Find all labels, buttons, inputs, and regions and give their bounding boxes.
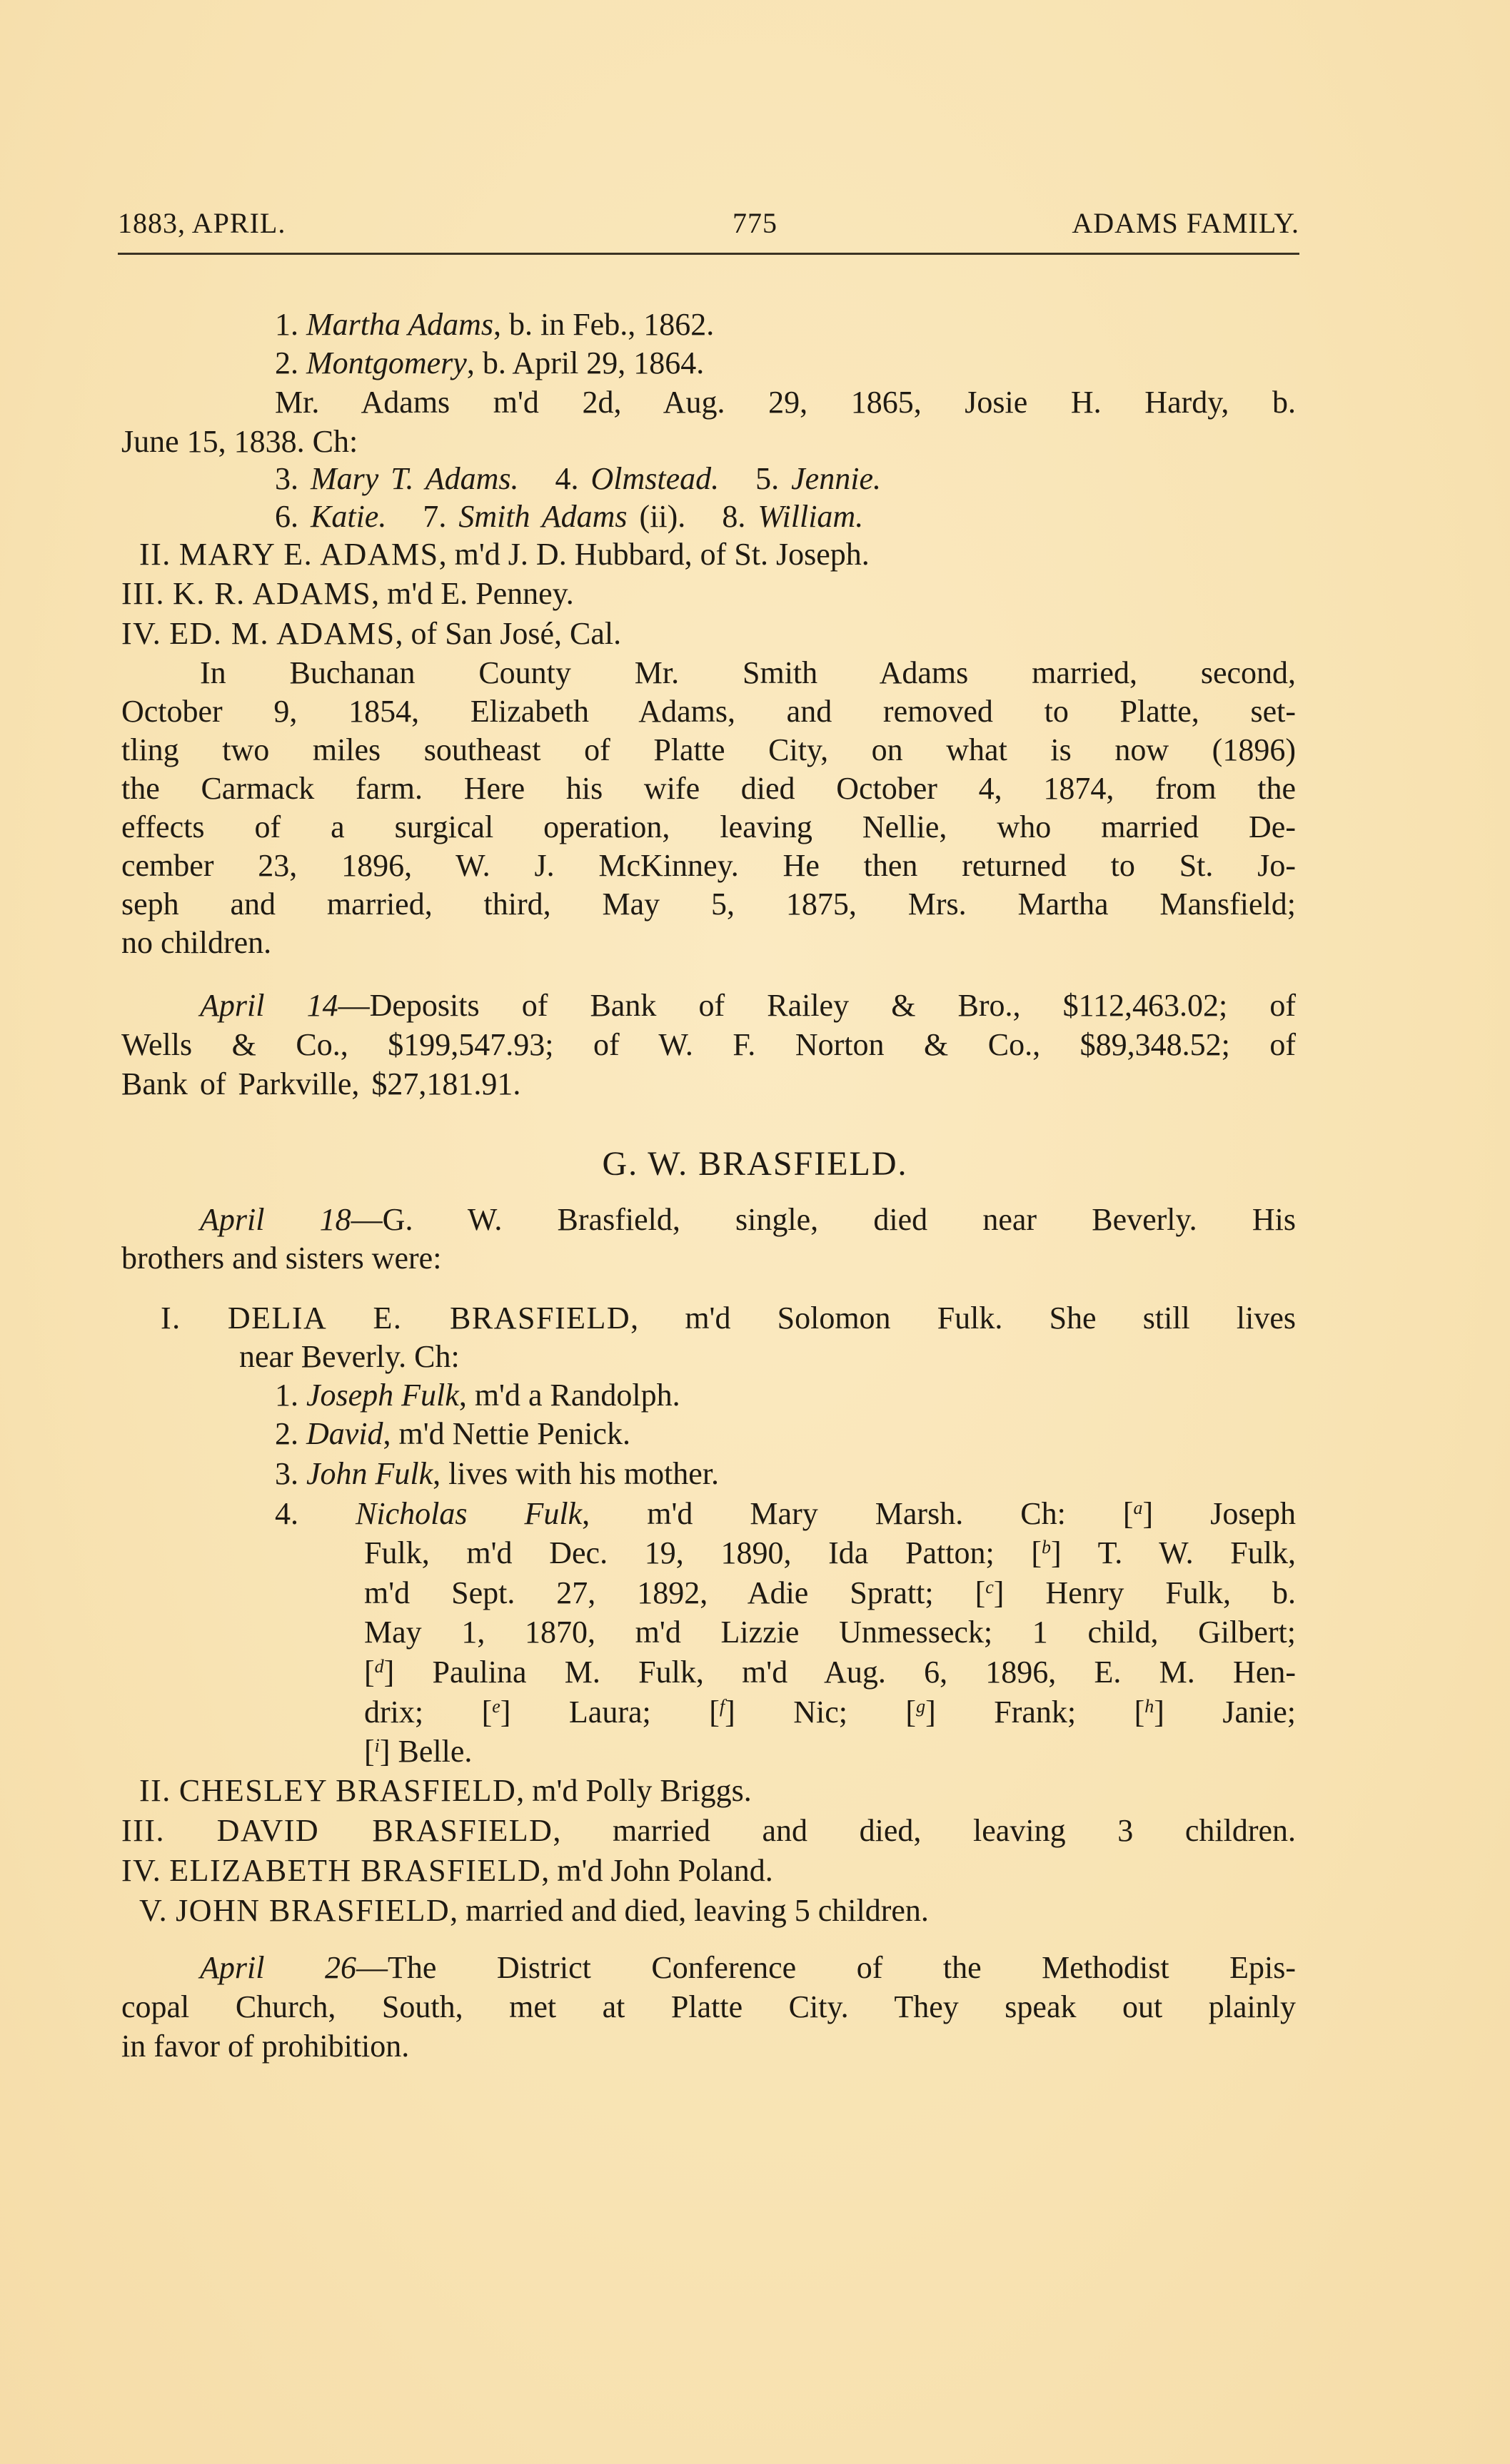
footnote-letter: b [1042, 1537, 1051, 1557]
child-name: William. [757, 499, 863, 534]
text-run: ] Belle. [380, 1734, 473, 1769]
item-number: 5. [755, 461, 779, 496]
sibling-details: , m'd Polly Briggs. [516, 1773, 751, 1808]
children-row: 6. Katie. 7. Smith Adams (ii). 8. Willia… [275, 499, 863, 535]
text-run: m'd Sept. 27, 1892, Adie Spratt; [ [364, 1575, 985, 1610]
child-name: Mary T. Adams. [311, 461, 519, 496]
footnote-letter: e [492, 1696, 500, 1717]
sibling-details: , married and died, leaving 5 children. [450, 1893, 929, 1928]
roman-numeral: II. [139, 1773, 171, 1808]
footnote-letter: i [375, 1735, 380, 1756]
hanging-line: [d] Paulina M. Fulk, m'd Aug. 6, 1896, E… [364, 1655, 1296, 1690]
dated-entry-line: in favor of prohibition. [121, 2029, 409, 2064]
text-run: ] Paulina M. Fulk, m'd Aug. 6, 1896, E. … [384, 1655, 1296, 1690]
hanging-line: Fulk, m'd Dec. 19, 1890, Ida Patton; [b]… [364, 1535, 1296, 1571]
dated-entry-line: Wells & Co., $199,547.93; of W. F. Norto… [121, 1027, 1296, 1063]
text-run: ] T. W. Fulk, [1051, 1535, 1296, 1570]
entry-date: April 14 [200, 988, 338, 1023]
paragraph-line: the Carmack farm. Here his wife died Oct… [121, 771, 1296, 807]
child-name: Nicholas Fulk [356, 1496, 582, 1531]
child-name: Olmstead. [591, 461, 720, 496]
child-details: , b. April 29, 1864. [467, 345, 704, 380]
child-name: Montgomery [306, 345, 467, 380]
hanging-line: May 1, 1870, m'd Lizzie Unmesseck; 1 chi… [364, 1615, 1296, 1650]
sibling-name: JOHN BRASFIELD [176, 1893, 450, 1928]
child-details: ] Joseph [1143, 1496, 1296, 1531]
child-name: Martha Adams [306, 307, 493, 342]
item-number: 3. [275, 1456, 298, 1491]
paragraph-line: cember 23, 1896, W. J. McKinney. He then… [121, 848, 1296, 884]
text-run: drix; [ [364, 1695, 492, 1730]
item-number: 2. [275, 345, 298, 380]
roman-numeral: III. [121, 576, 165, 611]
footnote-letter: c [985, 1577, 994, 1597]
sibling-entry: III. DAVID BRASFIELD, married and died, … [121, 1813, 1296, 1849]
text-run: Fulk, m'd Dec. 19, 1890, Ida Patton; [ [364, 1535, 1042, 1570]
sibling-name: DAVID BRASFIELD [217, 1813, 553, 1848]
sibling-details: , m'd John Poland. [541, 1853, 773, 1888]
dated-entry-line: April 14—Deposits of Bank of Railey & Br… [200, 988, 1296, 1024]
sibling-name: ED. M. ADAMS [169, 616, 395, 651]
sibling-entry: II. CHESLEY BRASFIELD, m'd Polly Briggs. [139, 1773, 752, 1809]
item-number: 3. [275, 461, 298, 496]
list-item: 4. Nicholas Fulk, m'd Mary Marsh. Ch: [a… [275, 1496, 1296, 1532]
sibling-entry-continued: near Beverly. Ch: [239, 1339, 460, 1375]
sibling-entry: V. JOHN BRASFIELD, married and died, lea… [139, 1893, 929, 1929]
marriage-line: Mr. Adams m'd 2d, Aug. 29, 1865, Josie H… [275, 385, 1296, 420]
roman-numeral: IV. [121, 616, 161, 651]
text-run: ] Janie; [1154, 1695, 1296, 1730]
roman-numeral: III. [121, 1813, 165, 1848]
marriage-line-continued: June 15, 1838. Ch: [121, 424, 358, 460]
entry-text: —Deposits of Bank of Railey & Bro., $112… [338, 988, 1296, 1023]
paragraph-line: effects of a surgical operation, leaving… [121, 809, 1296, 845]
item-number: 6. [275, 499, 298, 534]
running-head-title: ADAMS FAMILY. [1072, 207, 1299, 240]
child-name: David [306, 1416, 383, 1451]
sibling-details: , married and died, leaving 3 children. [553, 1813, 1296, 1848]
dated-entry-line: Bank of Parkville, $27,181.91. [121, 1066, 520, 1102]
child-name: John Fulk [306, 1456, 433, 1491]
item-number: 2. [275, 1416, 298, 1451]
sibling-name: K. R. ADAMS [173, 576, 371, 611]
sibling-entry: IV. ED. M. ADAMS, of San José, Cal. [121, 616, 621, 652]
item-number: 1. [275, 307, 298, 342]
child-details: , lives with his mother. [433, 1456, 719, 1491]
footnote-letter: a [1134, 1498, 1143, 1518]
entry-text: —G. W. Brasfield, single, died near Beve… [351, 1202, 1296, 1237]
sibling-name: DELIA E. BRASFIELD [228, 1301, 630, 1335]
item-number: 4. [275, 1496, 298, 1531]
roman-numeral: IV. [121, 1853, 161, 1888]
child-name: Joseph Fulk [306, 1378, 459, 1413]
paragraph-line: tling two miles southeast of Platte City… [121, 732, 1296, 768]
sibling-name: MARY E. ADAMS [179, 537, 439, 572]
list-item: 2. David, m'd Nettie Penick. [275, 1416, 630, 1452]
list-item: 3. John Fulk, lives with his mother. [275, 1456, 719, 1492]
hanging-line: drix; [e] Laura; [f] Nic; [g] Frank; [h]… [364, 1695, 1296, 1730]
entry-date: April 18 [200, 1202, 351, 1237]
dated-entry-line: brothers and sisters were: [121, 1241, 441, 1276]
header-rule [118, 253, 1299, 255]
sibling-details: , of San José, Cal. [396, 616, 622, 651]
paragraph-line: In Buchanan County Mr. Smith Adams marri… [200, 655, 1296, 691]
paragraph-line: October 9, 1854, Elizabeth Adams, and re… [121, 694, 1296, 729]
sibling-entry: I. DELIA E. BRASFIELD, m'd Solomon Fulk.… [161, 1301, 1296, 1336]
footnote-letter: g [916, 1696, 925, 1717]
item-number: 7. [423, 499, 446, 534]
text-run: ] Henry Fulk, b. [994, 1575, 1296, 1610]
text-run: ] Frank; [ [925, 1695, 1144, 1730]
sibling-name: ELIZABETH BRASFIELD [169, 1853, 541, 1888]
paragraph-line: seph and married, third, May 5, 1875, Mr… [121, 887, 1296, 922]
sibling-entry: IV. ELIZABETH BRASFIELD, m'd John Poland… [121, 1853, 773, 1889]
hanging-line: [i] Belle. [364, 1734, 472, 1769]
dated-entry-line: April 18—G. W. Brasfield, single, died n… [200, 1202, 1296, 1238]
footnote-letter: d [375, 1656, 384, 1677]
roman-numeral: II. [139, 537, 171, 572]
child-details: , m'd a Randolph. [459, 1378, 680, 1413]
dated-entry-line: copal Church, South, met at Platte City.… [121, 1989, 1296, 2025]
text-run: ] Nic; [ [725, 1695, 916, 1730]
child-name: Katie. [311, 499, 386, 534]
sibling-details: , m'd J. D. Hubbard, of St. Joseph. [439, 537, 870, 572]
child-details: , b. in Feb., 1862. [493, 307, 714, 342]
text-run: [ [364, 1734, 375, 1769]
child-name: Jennie. [791, 461, 881, 496]
list-item: 2. Montgomery, b. April 29, 1864. [275, 345, 704, 381]
item-number: 8. [722, 499, 745, 534]
sibling-details: , m'd E. Penney. [371, 576, 574, 611]
text-run: [ [364, 1655, 375, 1690]
list-item: 1. Martha Adams, b. in Feb., 1862. [275, 307, 714, 343]
children-row: 3. Mary T. Adams. 4. Olmstead. 5. Jennie… [275, 461, 881, 497]
entry-date: April 26 [200, 1950, 356, 1985]
hanging-line: m'd Sept. 27, 1892, Adie Spratt; [c] Hen… [364, 1575, 1296, 1611]
section-title: G. W. BRASFIELD. [0, 1145, 1510, 1183]
child-details: , m'd Mary Marsh. Ch: [ [582, 1496, 1133, 1531]
list-item: 1. Joseph Fulk, m'd a Randolph. [275, 1378, 680, 1413]
paragraph-line: no children. [121, 925, 271, 961]
roman-numeral: V. [139, 1893, 168, 1928]
sibling-entry: II. MARY E. ADAMS, m'd J. D. Hubbard, of… [139, 537, 870, 572]
footnote-letter: f [720, 1696, 725, 1717]
item-number: 1. [275, 1378, 298, 1413]
footnote-letter: h [1144, 1696, 1154, 1717]
sibling-name: CHESLEY BRASFIELD [179, 1773, 516, 1808]
text-run: ] Laura; [ [500, 1695, 720, 1730]
entry-text: —The District Conference of the Methodis… [356, 1950, 1296, 1985]
child-suffix: (ii). [628, 499, 686, 534]
child-name: Smith Adams [458, 499, 627, 534]
dated-entry-line: April 26—The District Conference of the … [200, 1950, 1296, 1986]
sibling-details: , m'd Solomon Fulk. She still lives [630, 1301, 1296, 1335]
item-number: 4. [555, 461, 579, 496]
roman-numeral: I. [161, 1301, 181, 1335]
child-details: , m'd Nettie Penick. [383, 1416, 630, 1451]
sibling-entry: III. K. R. ADAMS, m'd E. Penney. [121, 576, 574, 612]
